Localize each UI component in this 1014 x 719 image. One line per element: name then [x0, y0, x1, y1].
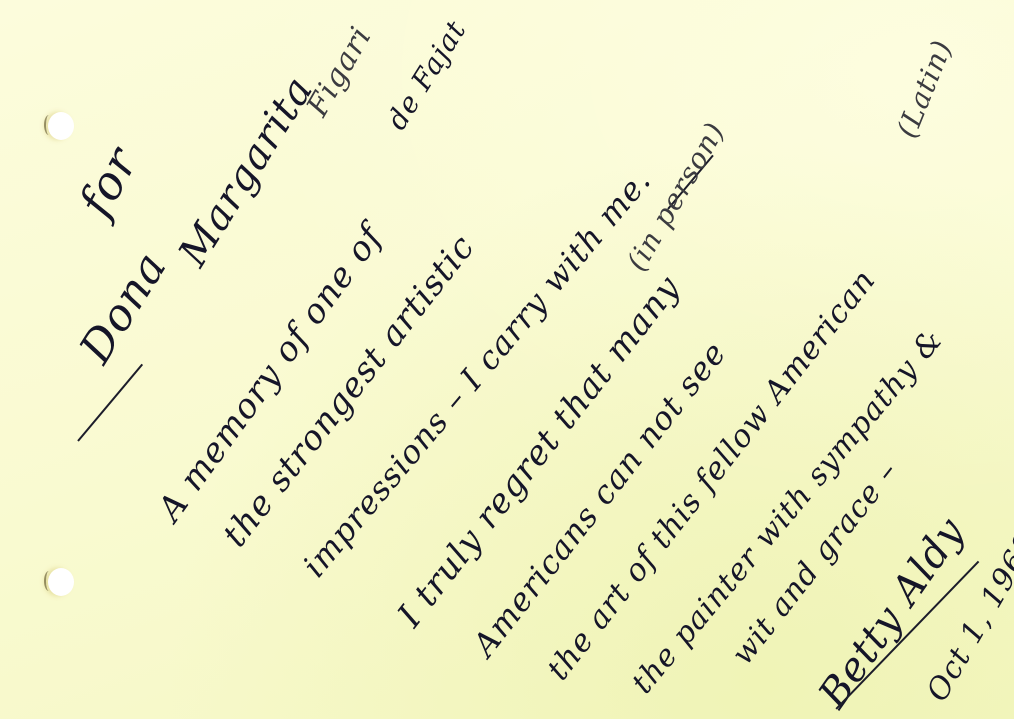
punch-hole-top — [48, 112, 74, 140]
punch-hole-bottom — [48, 568, 74, 596]
